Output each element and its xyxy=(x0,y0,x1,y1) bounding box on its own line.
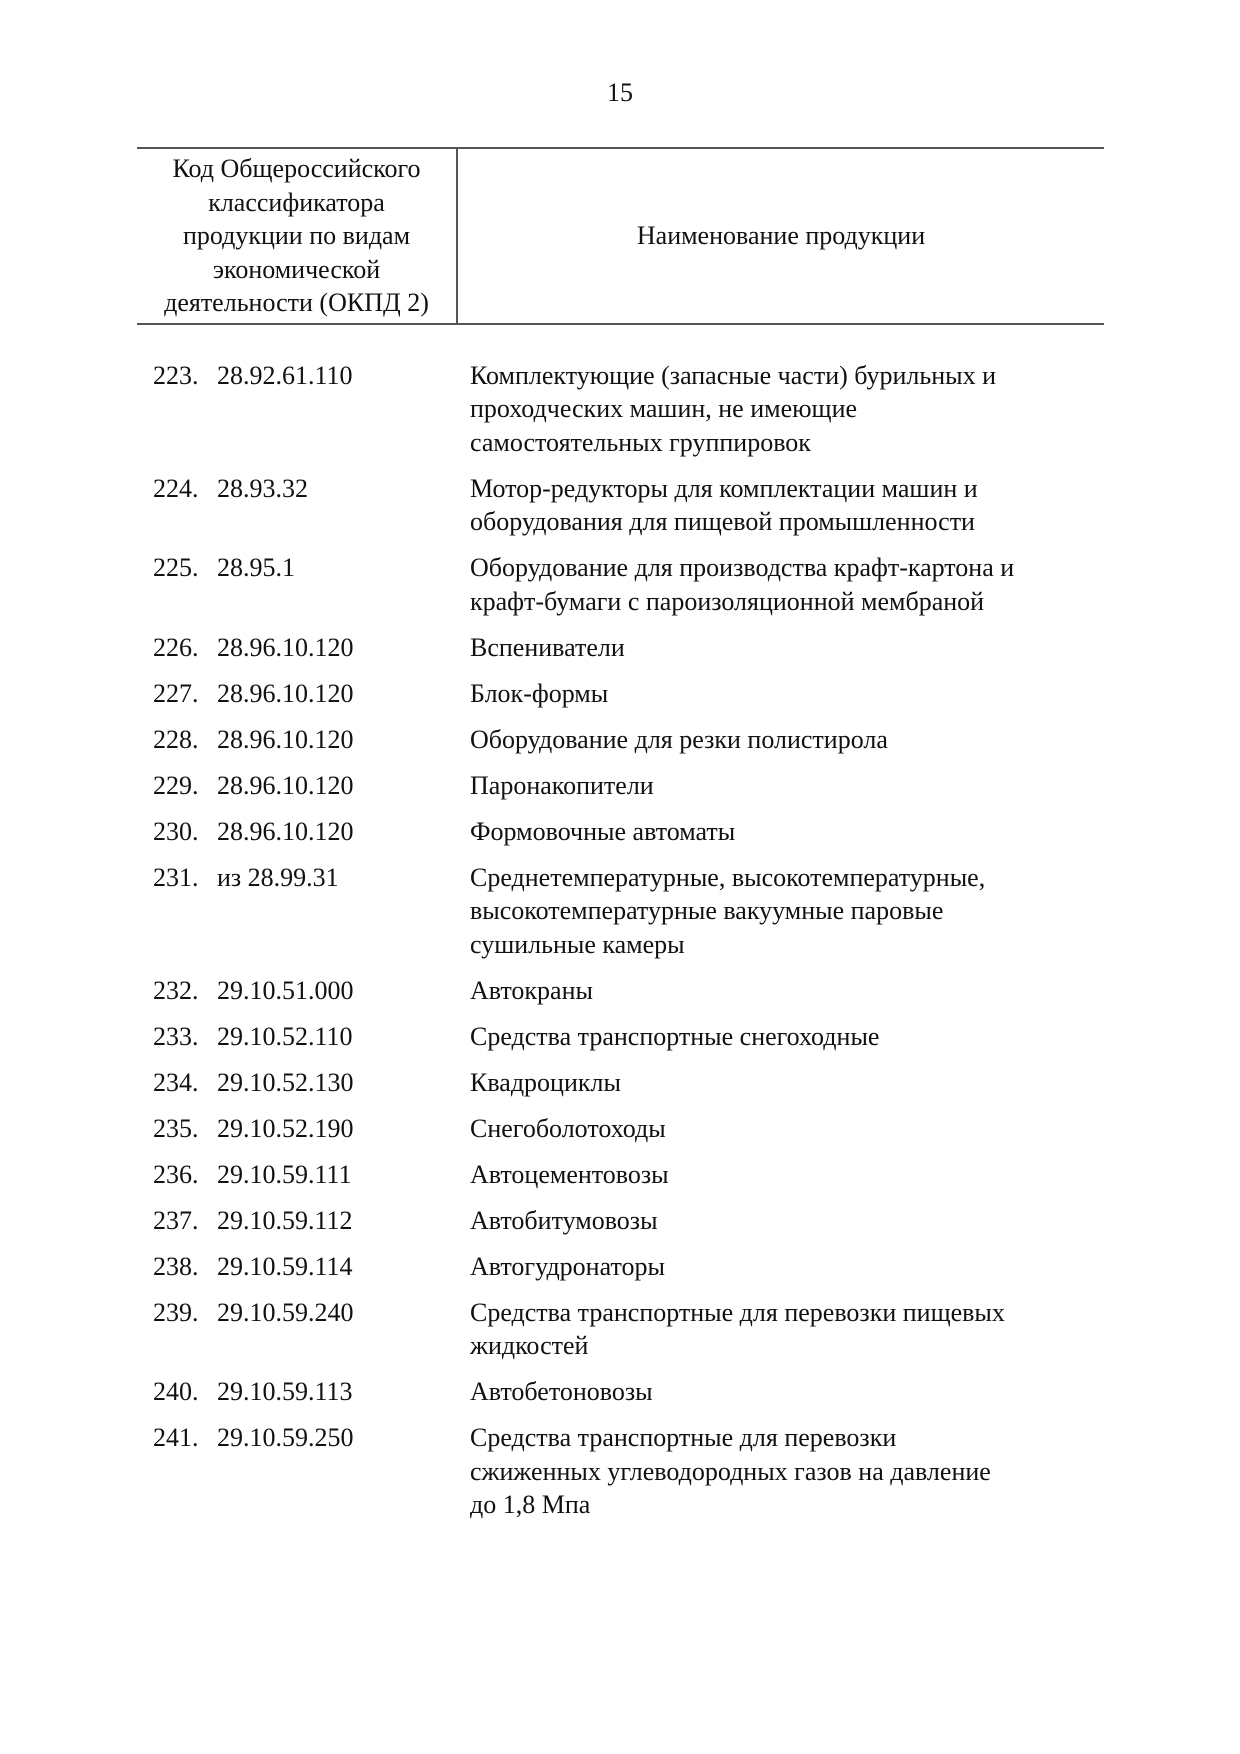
product-name: Квадроциклы xyxy=(454,1066,1104,1100)
row-number: 225. xyxy=(137,551,217,618)
table-row: 236.29.10.59.111Автоцементовозы xyxy=(137,1158,1104,1192)
table-row: 237.29.10.59.112Автобитумовозы xyxy=(137,1204,1104,1238)
okpd-code: 28.96.10.120 xyxy=(217,723,454,757)
row-number: 226. xyxy=(137,631,217,665)
okpd-code: 29.10.52.190 xyxy=(217,1112,454,1146)
product-name: Блок-формы xyxy=(454,677,1104,711)
table-row: 223.28.92.61.110Комплектующие (запасные … xyxy=(137,359,1104,460)
okpd-code: 28.96.10.120 xyxy=(217,815,454,849)
header-code-line: деятельности (ОКПД 2) xyxy=(137,286,456,320)
table-row: 224.28.93.32Мотор-редукторы для комплект… xyxy=(137,472,1104,539)
row-number: 237. xyxy=(137,1204,217,1238)
table-row: 226.28.96.10.120Вспениватели xyxy=(137,631,1104,665)
okpd-code: 28.96.10.120 xyxy=(217,631,454,665)
okpd-code: 29.10.59.240 xyxy=(217,1296,454,1363)
table-row: 228.28.96.10.120Оборудование для резки п… xyxy=(137,723,1104,757)
product-name: Формовочные автоматы xyxy=(454,815,1104,849)
row-number: 231. xyxy=(137,861,217,962)
row-number: 230. xyxy=(137,815,217,849)
table-header: Код Общероссийского классификатора проду… xyxy=(137,147,1104,325)
okpd-code: 29.10.59.111 xyxy=(217,1158,454,1192)
okpd-code: из 28.99.31 xyxy=(217,861,454,962)
product-name: Вспениватели xyxy=(454,631,1104,665)
row-number: 223. xyxy=(137,359,217,460)
product-name: Оборудование для производства крафт-карт… xyxy=(454,551,1104,618)
okpd-code: 29.10.59.250 xyxy=(217,1421,454,1522)
table-row: 225.28.95.1Оборудование для производства… xyxy=(137,551,1104,618)
product-name: Комплектующие (запасные части) бурильных… xyxy=(454,359,1104,460)
row-number: 229. xyxy=(137,769,217,803)
table-row: 239.29.10.59.240Средства транспортные дл… xyxy=(137,1296,1104,1363)
okpd-code: 28.93.32 xyxy=(217,472,454,539)
row-number: 235. xyxy=(137,1112,217,1146)
header-code-line: продукции по видам xyxy=(137,219,456,253)
product-name: Автогудронаторы xyxy=(454,1250,1104,1284)
okpd-code: 28.92.61.110 xyxy=(217,359,454,460)
header-code-column: Код Общероссийского классификатора проду… xyxy=(137,149,458,323)
header-code-line: экономической xyxy=(137,253,456,287)
products-table: Код Общероссийского классификатора проду… xyxy=(137,147,1104,1534)
table-body: 223.28.92.61.110Комплектующие (запасные … xyxy=(137,359,1104,1522)
row-number: 234. xyxy=(137,1066,217,1100)
table-row: 231.из 28.99.31Среднетемпературные, высо… xyxy=(137,861,1104,962)
okpd-code: 28.96.10.120 xyxy=(217,677,454,711)
row-number: 224. xyxy=(137,472,217,539)
product-name: Снегоболотоходы xyxy=(454,1112,1104,1146)
header-code-line: классификатора xyxy=(137,186,456,220)
product-name: Средства транспортные снегоходные xyxy=(454,1020,1104,1054)
row-number: 233. xyxy=(137,1020,217,1054)
okpd-code: 29.10.52.110 xyxy=(217,1020,454,1054)
okpd-code: 29.10.51.000 xyxy=(217,974,454,1008)
product-name: Автобетоновозы xyxy=(454,1375,1104,1409)
table-row: 232.29.10.51.000Автокраны xyxy=(137,974,1104,1008)
row-number: 238. xyxy=(137,1250,217,1284)
okpd-code: 28.95.1 xyxy=(217,551,454,618)
row-number: 239. xyxy=(137,1296,217,1363)
okpd-code: 29.10.52.130 xyxy=(217,1066,454,1100)
product-name: Средства транспортные для перевозки пище… xyxy=(454,1296,1104,1363)
okpd-code: 28.96.10.120 xyxy=(217,769,454,803)
product-name: Оборудование для резки полистирола xyxy=(454,723,1104,757)
row-number: 227. xyxy=(137,677,217,711)
table-row: 233.29.10.52.110Средства транспортные сн… xyxy=(137,1020,1104,1054)
table-row: 227.28.96.10.120Блок-формы xyxy=(137,677,1104,711)
row-number: 240. xyxy=(137,1375,217,1409)
table-row: 235.29.10.52.190Снегоболотоходы xyxy=(137,1112,1104,1146)
product-name: Среднетемпературные, высокотемпературные… xyxy=(454,861,1104,962)
row-number: 236. xyxy=(137,1158,217,1192)
table-row: 230.28.96.10.120Формовочные автоматы xyxy=(137,815,1104,849)
product-name: Мотор-редукторы для комплектации машин и… xyxy=(454,472,1104,539)
table-row: 241.29.10.59.250Средства транспортные дл… xyxy=(137,1421,1104,1522)
product-name: Автокраны xyxy=(454,974,1104,1008)
product-name: Паронакопители xyxy=(454,769,1104,803)
okpd-code: 29.10.59.112 xyxy=(217,1204,454,1238)
okpd-code: 29.10.59.113 xyxy=(217,1375,454,1409)
header-code-line: Код Общероссийского xyxy=(137,152,456,186)
row-number: 228. xyxy=(137,723,217,757)
table-row: 240.29.10.59.113Автобетоновозы xyxy=(137,1375,1104,1409)
table-row: 234.29.10.52.130Квадроциклы xyxy=(137,1066,1104,1100)
okpd-code: 29.10.59.114 xyxy=(217,1250,454,1284)
row-number: 232. xyxy=(137,974,217,1008)
page-number: 15 xyxy=(0,78,1240,108)
row-number: 241. xyxy=(137,1421,217,1522)
table-row: 238.29.10.59.114Автогудронаторы xyxy=(137,1250,1104,1284)
table-row: 229.28.96.10.120Паронакопители xyxy=(137,769,1104,803)
product-name: Автобитумовозы xyxy=(454,1204,1104,1238)
product-name: Средства транспортные для перевозки сжиж… xyxy=(454,1421,1104,1522)
header-name-column: Наименование продукции xyxy=(458,149,1104,323)
product-name: Автоцементовозы xyxy=(454,1158,1104,1192)
